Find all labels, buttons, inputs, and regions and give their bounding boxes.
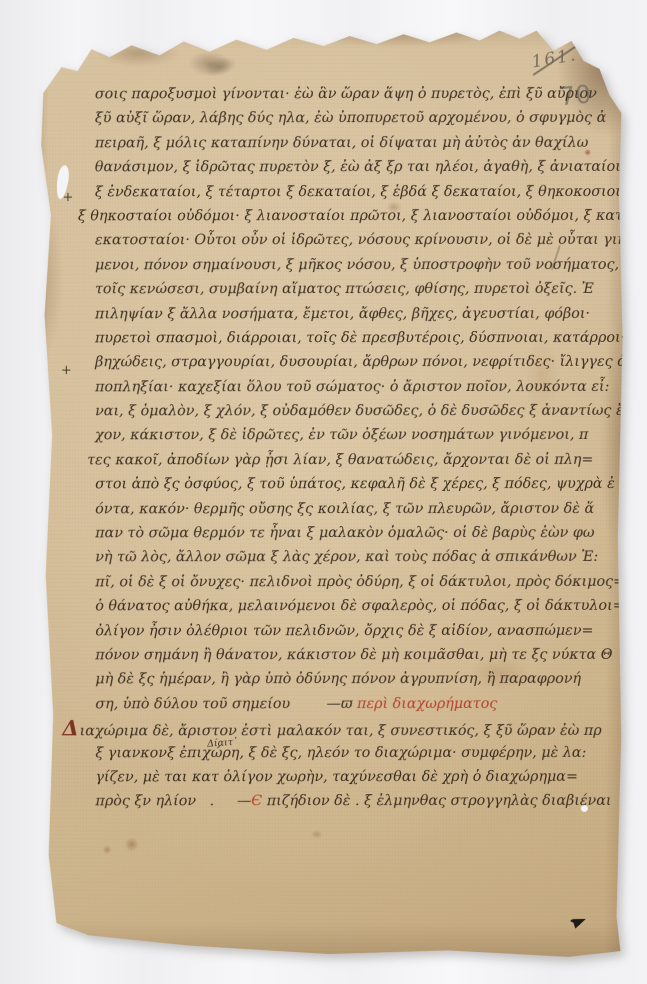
manuscript-line: πόνον σημάνη ἢ θάνατον, κάκιστον δὲ μὴ κ…: [95, 643, 587, 668]
manuscript-text-segment: στοι ἀπὸ ξς ὀσφύος, ξ τοῦ ὑπάτος, κεφαλῆ…: [95, 476, 615, 492]
manuscript-line: νὴ τῶ λὸς, ἄλλον σῶμα ξ λὰς χέρον, καὶ τ…: [95, 545, 587, 570]
manuscript-line: ποπληξίαι· καχεξίαι ὅλου τοῦ σώματος· ὁ …: [95, 375, 587, 400]
paragraphos-mark: —ϖ: [327, 696, 358, 712]
manuscript-line: γίζεν, μὲ ται κατ ὀλίγον χωρὴν, ταχύνεσθ…: [95, 765, 587, 790]
margin-cross-mark: +: [61, 190, 75, 205]
manuscript-line: ξ θηκοσταίοι οὐδόμοι· ξ λιανοσταίοι πρῶτ…: [95, 204, 587, 229]
manuscript-page: 161. 70 + + σοις παροξυσμοὶ γίνονται· ἐὼ…: [28, 15, 625, 961]
manuscript-text-segment: χον, κάκιστον, ξ δὲ ἱδρῶτες, ἐν τῶν ὀξέω…: [95, 427, 588, 443]
scan-background: { "folio": { "crossed_number": "161.", "…: [0, 0, 647, 984]
manuscript-text-segment: μὴ δὲ ξς ἡμέραν, ἢ γὰρ ὑπὸ ὀδύνης πόνον …: [95, 671, 581, 687]
manuscript-text-segment: σοις παροξυσμοὶ γίνονται· ἐὼ ἃν ὥραν ἅψη…: [95, 86, 597, 102]
manuscript-text-segment: πρὸς ξν ηλίον .: [95, 793, 237, 809]
manuscript-line: ξ ἐνδεκαταίοι, ξ τέταρτοι ξ δεκαταίοι, ξ…: [95, 179, 587, 204]
manuscript-text-segment: ξ θηκοσταίοι οὐδόμοι· ξ λιανοσταίοι πρῶτ…: [78, 208, 633, 224]
stains-overlay: [32, 15, 626, 17]
manuscript-text-segment: τοῖς κενώσεσι, συμβαίνη αἵματος πτώσεις,…: [95, 281, 594, 297]
manuscript-text-segment: τες κακοῖ, ἀποδίων γὰρ ᾖσι λίαν, ξ θανατ…: [87, 452, 593, 468]
manuscript-text-segment: ση, ὑπὸ δύλου τοῦ σημείου: [95, 696, 326, 712]
manuscript-text-segment: ξῦ αὐξῖ ὥραν, λάβης δύς ηλα, ἐὼ ὑποπυρετ…: [95, 110, 606, 126]
ink-smudge-stain: [202, 54, 239, 80]
manuscript-line: πειραῆ, ξ μόλις καταπίνην δύναται, οἱ δί…: [95, 131, 587, 156]
manuscript-line: μὴ δὲ ξς ἡμέραν, ἢ γὰρ ὑπὸ ὀδύνης πόνον …: [95, 667, 587, 692]
manuscript-line: στοι ἀπὸ ξς ὀσφύος, ξ τοῦ ὑπάτος, κεφαλῆ…: [95, 472, 587, 497]
manuscript-page-wrap: 161. 70 + + σοις παροξυσμοὶ γίνονται· ἐὼ…: [28, 15, 625, 961]
manuscript-text-segment: παν τὸ σῶμα θερμόν τε ἦναι ξ μαλακὸν ὁμα…: [95, 525, 594, 541]
manuscript-line: παν τὸ σῶμα θερμόν τε ἦναι ξ μαλακὸν ὁμα…: [95, 521, 587, 546]
manuscript-text-segment: πιζήδιον δὲ . ξ ἐλμηνθας στρογγηλὰς διαβ…: [262, 793, 611, 809]
manuscript-line: ὁ θάνατος αὐθήκα, μελαινόμενοι δὲ σφαλερ…: [95, 594, 587, 619]
manuscript-line: πυρετοὶ σπασμοὶ, διάρροιαι, τοῖς δὲ πρεσ…: [95, 326, 587, 351]
manuscript-text-segment: —: [237, 793, 251, 809]
manuscript-text-segment: γίζεν, μὲ ται κατ ὀλίγον χωρὴν, ταχύνεσθ…: [95, 769, 578, 785]
manuscript-text-segment: μενοι, πόνον σημαίνουσι, ξ μῆκος νόσου, …: [95, 257, 636, 273]
brown-stain: [103, 845, 112, 854]
manuscript-line: Διαχώριμα δὲ, ἄριστον ἐστὶ μαλακόν ται, …: [95, 716, 587, 741]
text-block: σοις παροξυσμοὶ γίνονται· ἐὼ ἃν ὥραν ἅψη…: [95, 82, 588, 814]
manuscript-text-segment: ὀλίγον ἦσιν ὀλέθριοι τῶν πελιδνῶν, ὄρχις…: [95, 622, 593, 638]
manuscript-text-segment: πυρετοὶ σπασμοὶ, διάρροιαι, τοῖς δὲ πρεσ…: [95, 330, 625, 346]
manuscript-text-segment: νὴ τῶ λὸς, ἄλλον σῶμα ξ λὰς χέρον, καὶ τ…: [95, 549, 598, 565]
manuscript-text-segment: ξ γιανκονξ ἐπιχώρη, ξ δὲ ξς, ηλεόν το δι…: [95, 744, 586, 760]
manuscript-line: πῖ, οἱ δὲ ξ οἱ ὄνυχες· πελιδνοὶ πρὸς ὀδύ…: [95, 570, 587, 595]
manuscript-line: ση, ὑπὸ δύλου τοῦ σημείου —ϖ περὶ διαχωρ…: [95, 692, 587, 717]
paragraph-initial: Δ: [62, 715, 79, 740]
section-mark: Є: [251, 793, 262, 809]
manuscript-line: βηχώδεις, στραγγουρίαι, δυσουρίαι, ἄρθρω…: [95, 350, 587, 375]
ink-arrowhead-mark: [572, 915, 587, 928]
manuscript-line: τες κακοῖ, ἀποδίων γὰρ ᾖσι λίαν, ξ θανατ…: [95, 448, 587, 473]
manuscript-text-segment: ξ ἐνδεκαταίοι, ξ τέταρτοι ξ δεκαταίοι, ξ…: [95, 183, 625, 199]
manuscript-line: θανάσιμον, ξ ἱδρῶτας πυρετὸν ξ, ἐὼ ἀξ ξρ…: [95, 155, 587, 180]
manuscript-line: εκατοσταίοι· Οὗτοι οὖν οἱ ἱδρῶτες, νόσου…: [95, 228, 587, 253]
manuscript-text-segment: θανάσιμον, ξ ἱδρῶτας πυρετὸν ξ, ἐὼ ἀξ ξρ…: [95, 159, 626, 175]
manuscript-text-segment: πόνον σημάνη ἢ θάνατον, κάκιστον δὲ μὴ κ…: [95, 647, 612, 663]
manuscript-text-segment: εκατοσταίοι· Οὗτοι οὖν οἱ ἱδρῶτες, νόσου…: [95, 232, 635, 248]
manuscript-line: μενοι, πόνον σημαίνουσι, ξ μῆκος νόσου, …: [95, 253, 587, 278]
interlinear-insertion: Δίαιτ᾽: [207, 737, 238, 750]
brown-stain: [125, 837, 139, 851]
manuscript-text-segment: ὁ θάνατος αὐθήκα, μελαινόμενοι δὲ σφαλερ…: [95, 598, 624, 614]
manuscript-text-segment: βηχώδεις, στραγγουρίαι, δυσουρίαι, ἄρθρω…: [95, 354, 627, 370]
manuscript-text-segment: πῖ, οἱ δὲ ξ οἱ ὄνυχες· πελιδνοὶ πρὸς ὀδύ…: [95, 574, 625, 590]
manuscript-text-segment: ιαχώριμα δὲ, ἄριστον ἐστὶ μαλακόν ται, ξ…: [80, 723, 602, 739]
brown-stain: [311, 830, 323, 839]
margin-cross-mark: +: [59, 363, 73, 378]
manuscript-line: ξ γιανκονξ ἐπιχώρη, ξ δὲ ξς, ηλεόν το δι…: [95, 740, 587, 765]
manuscript-text-segment: πιληψίαν ξ ἄλλα νοσήματα, ἔμετοι, ἄφθες,…: [95, 305, 590, 321]
manuscript-line: όντα, κακόν· θερμῆς οὔσης ξς κοιλίας, ξ …: [95, 496, 587, 521]
manuscript-text-segment: ποπληξίαι· καχεξίαι ὅλου τοῦ σώματος· ὁ …: [95, 379, 609, 395]
folio-number-crossed-out: 161.: [530, 45, 579, 73]
manuscript-line: σοις παροξυσμοὶ γίνονται· ἐὼ ἃν ὥραν ἅψη…: [95, 82, 587, 107]
rubric-title: περὶ διαχωρήματος: [357, 696, 497, 712]
manuscript-line: χον, κάκιστον, ξ δὲ ἱδρῶτες, ἐν τῶν ὀξέω…: [95, 423, 587, 448]
manuscript-line: πρὸς ξν ηλίον . —Є πιζήδιον δὲ . ξ ἐλμην…: [95, 789, 587, 814]
manuscript-line: ὀλίγον ἦσιν ὀλέθριοι τῶν πελιδνῶν, ὄρχις…: [95, 618, 587, 643]
manuscript-text-segment: ναι, ξ ὁμαλὸν, ξ χλόν, ξ οὐδαμόθεν δυσῶδ…: [95, 403, 624, 419]
manuscript-line: ναι, ξ ὁμαλὸν, ξ χλόν, ξ οὐδαμόθεν δυσῶδ…: [95, 399, 587, 424]
manuscript-line: τοῖς κενώσεσι, συμβαίνη αἵματος πτώσεις,…: [95, 277, 587, 302]
manuscript-text-segment: πειραῆ, ξ μόλις καταπίνην δύναται, οἱ δί…: [95, 135, 588, 151]
manuscript-line: πιληψίαν ξ ἄλλα νοσήματα, ἔμετοι, ἄφθες,…: [95, 301, 587, 326]
manuscript-line: ξῦ αὐξῖ ὥραν, λάβης δύς ηλα, ἐὼ ὑποπυρετ…: [95, 106, 587, 131]
manuscript-text-segment: όντα, κακόν· θερμῆς οὔσης ξς κοιλίας, ξ …: [95, 500, 594, 516]
